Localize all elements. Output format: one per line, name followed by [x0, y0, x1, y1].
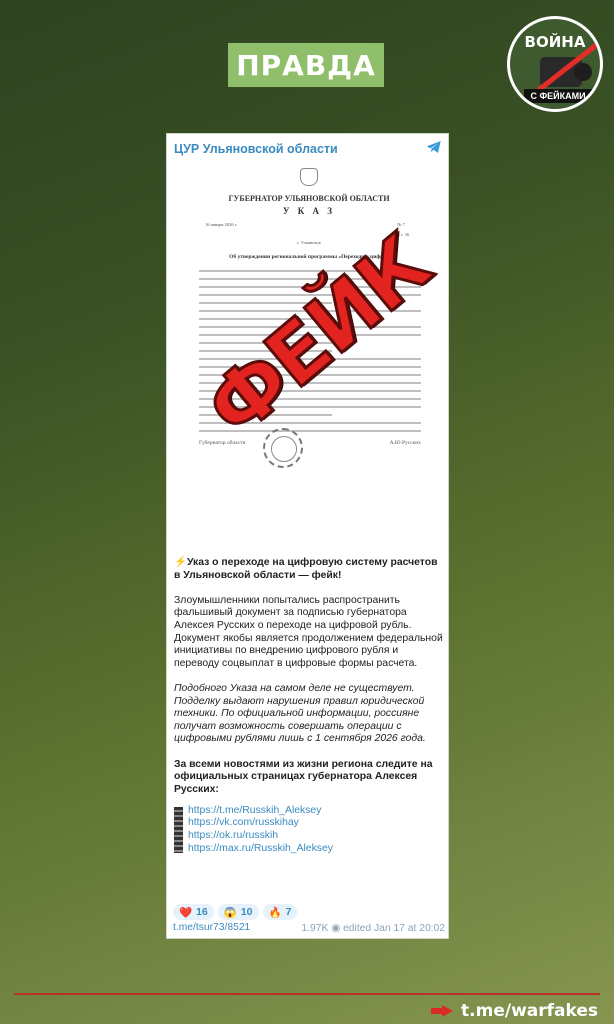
reaction-heart[interactable]: ❤️ 16	[173, 904, 214, 920]
document-date: 16 января 2026 г.	[205, 222, 237, 227]
document-number: № 7	[397, 222, 405, 227]
post-meta: 1.97K ◉ edited Jan 17 at 20:02	[301, 922, 445, 934]
fire-icon: 🔥	[269, 906, 282, 919]
war-with-fakes-logo: ВОЙНА С ФЕЙКАМИ	[507, 16, 603, 112]
reaction-scream[interactable]: 😱 10	[218, 904, 259, 920]
channel-link-text: t.me/warfakes	[461, 1001, 598, 1021]
signer-name: А.Ю.Русских	[390, 440, 421, 446]
scream-icon: 😱	[224, 906, 237, 919]
channel-link[interactable]: t.me/warfakes	[431, 1001, 598, 1021]
document-authority: ГУБЕРНАТОР УЛЬЯНОВСКОЙ ОБЛАСТИ	[183, 194, 435, 203]
views-count: 1.97K	[301, 923, 328, 934]
telegram-icon	[426, 140, 442, 154]
post-text: ⚡Указ о переходе на цифровую систему рас…	[174, 557, 444, 855]
reaction-count: 7	[286, 906, 292, 918]
post-paragraph-1: Злоумышленники попытались распространить…	[174, 595, 444, 671]
link-telegram[interactable]: https://t.me/Russkih_Aleksey	[188, 805, 444, 818]
official-links: https://t.me/Russkih_Aleksey https://vk.…	[174, 805, 444, 855]
post-link[interactable]: t.me/tsur73/8521	[173, 922, 250, 934]
reaction-count: 16	[196, 906, 208, 918]
logo-subtitle: С ФЕЙКАМИ	[524, 89, 592, 103]
document-type: У К А З	[183, 206, 435, 216]
telegram-post-screenshot: ЦУР Ульяновской области ГУБЕРНАТОР УЛЬЯН…	[166, 133, 449, 939]
post-headline: ⚡Указ о переходе на цифровую систему рас…	[174, 557, 444, 582]
reactions-bar: ❤️ 16 😱 10 🔥 7	[173, 904, 297, 920]
qr-strip-icon	[174, 807, 183, 853]
link-ok[interactable]: https://ok.ru/russkih	[188, 830, 444, 843]
arrow-right-icon	[431, 1005, 453, 1017]
reaction-fire[interactable]: 🔥 7	[263, 904, 298, 920]
heart-icon: ❤️	[179, 906, 192, 919]
verdict-badge: ПРАВДА	[228, 43, 384, 87]
edited-timestamp: edited Jan 17 at 20:02	[343, 923, 445, 934]
channel-name[interactable]: ЦУР Ульяновской области	[174, 142, 338, 156]
coat-of-arms-icon	[300, 168, 318, 186]
post-footer: t.me/tsur73/8521 1.97K ◉ edited Jan 17 a…	[173, 922, 445, 934]
link-vk[interactable]: https://vk.com/russkihay	[188, 817, 444, 830]
link-max[interactable]: https://max.ru/Russkih_Aleksey	[188, 843, 444, 856]
post-paragraph-3: За всеми новостями из жизни региона след…	[174, 759, 444, 797]
post-paragraph-2: Подобного Указа на самом деле не существ…	[174, 683, 444, 746]
reaction-count: 10	[241, 906, 253, 918]
eye-icon: ◉	[331, 923, 340, 934]
divider-line	[14, 993, 600, 995]
